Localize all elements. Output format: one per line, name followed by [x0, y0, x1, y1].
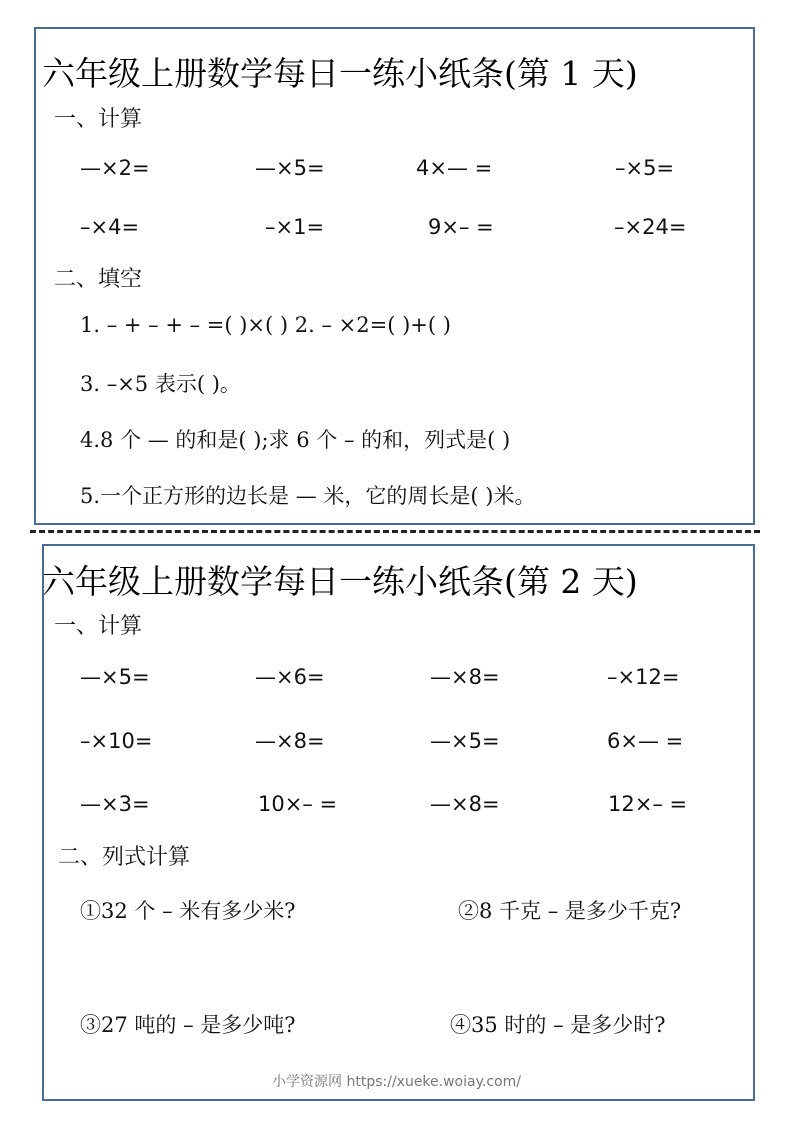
calc-item: 4×— = — [416, 156, 492, 180]
cut-line-divider — [30, 530, 760, 533]
calc-item: 10×– = — [258, 792, 337, 816]
calc-item: —×2= — [80, 156, 150, 180]
section-heading-word-problems: 二、列式计算 — [58, 840, 190, 871]
calc-item: —×8= — [430, 792, 500, 816]
fill-item-1: 1. – + – + – =( )×( ) 2. – ×2=( )+( ) — [80, 313, 451, 337]
calc-item: –×24= — [614, 215, 686, 239]
calc-item: 6×— = — [607, 729, 683, 753]
word-problem-1: ①32 个 – 米有多少米? — [80, 895, 296, 925]
section-heading-calc: 一、计算 — [54, 609, 142, 640]
calc-item: –×10= — [80, 729, 152, 753]
word-problem-2: ②8 千克 – 是多少千克? — [458, 895, 681, 925]
page-title-day-2: 六年级上册数学每日一练小纸条(第 2 天) — [42, 556, 638, 603]
section-heading-calc: 一、计算 — [54, 102, 142, 133]
calc-item: —×6= — [255, 665, 325, 689]
calc-item: 9×– = — [428, 215, 494, 239]
word-problem-3: ③27 吨的 – 是多少吨? — [80, 1009, 296, 1039]
calc-item: —×8= — [255, 729, 325, 753]
calc-item: —×5= — [255, 156, 325, 180]
calc-item: —×5= — [430, 729, 500, 753]
calc-item: —×8= — [430, 665, 500, 689]
calc-item: —×3= — [80, 792, 150, 816]
section-heading-fill: 二、填空 — [54, 262, 142, 293]
fill-item-3: 3. –×5 表示( )。 — [80, 368, 241, 398]
fill-item-4: 4.8 个 — 的和是( );求 6 个 – 的和，列式是( ) — [80, 424, 510, 454]
fill-item-5: 5.一个正方形的边长是 — 米，它的周长是( )米。 — [80, 480, 535, 510]
calc-item: –×1= — [265, 215, 324, 239]
calc-item: –×5= — [615, 156, 674, 180]
calc-item: 12×– = — [608, 792, 687, 816]
calc-item: –×12= — [607, 665, 679, 689]
calc-item: –×4= — [80, 215, 139, 239]
page-title-day-1: 六年级上册数学每日一练小纸条(第 1 天) — [42, 48, 638, 95]
word-problem-4: ④35 时的 – 是多少时? — [450, 1009, 666, 1039]
calc-item: —×5= — [80, 665, 150, 689]
footer-watermark: 小学资源网 https://xueke.woiay.com/ — [0, 1071, 793, 1091]
